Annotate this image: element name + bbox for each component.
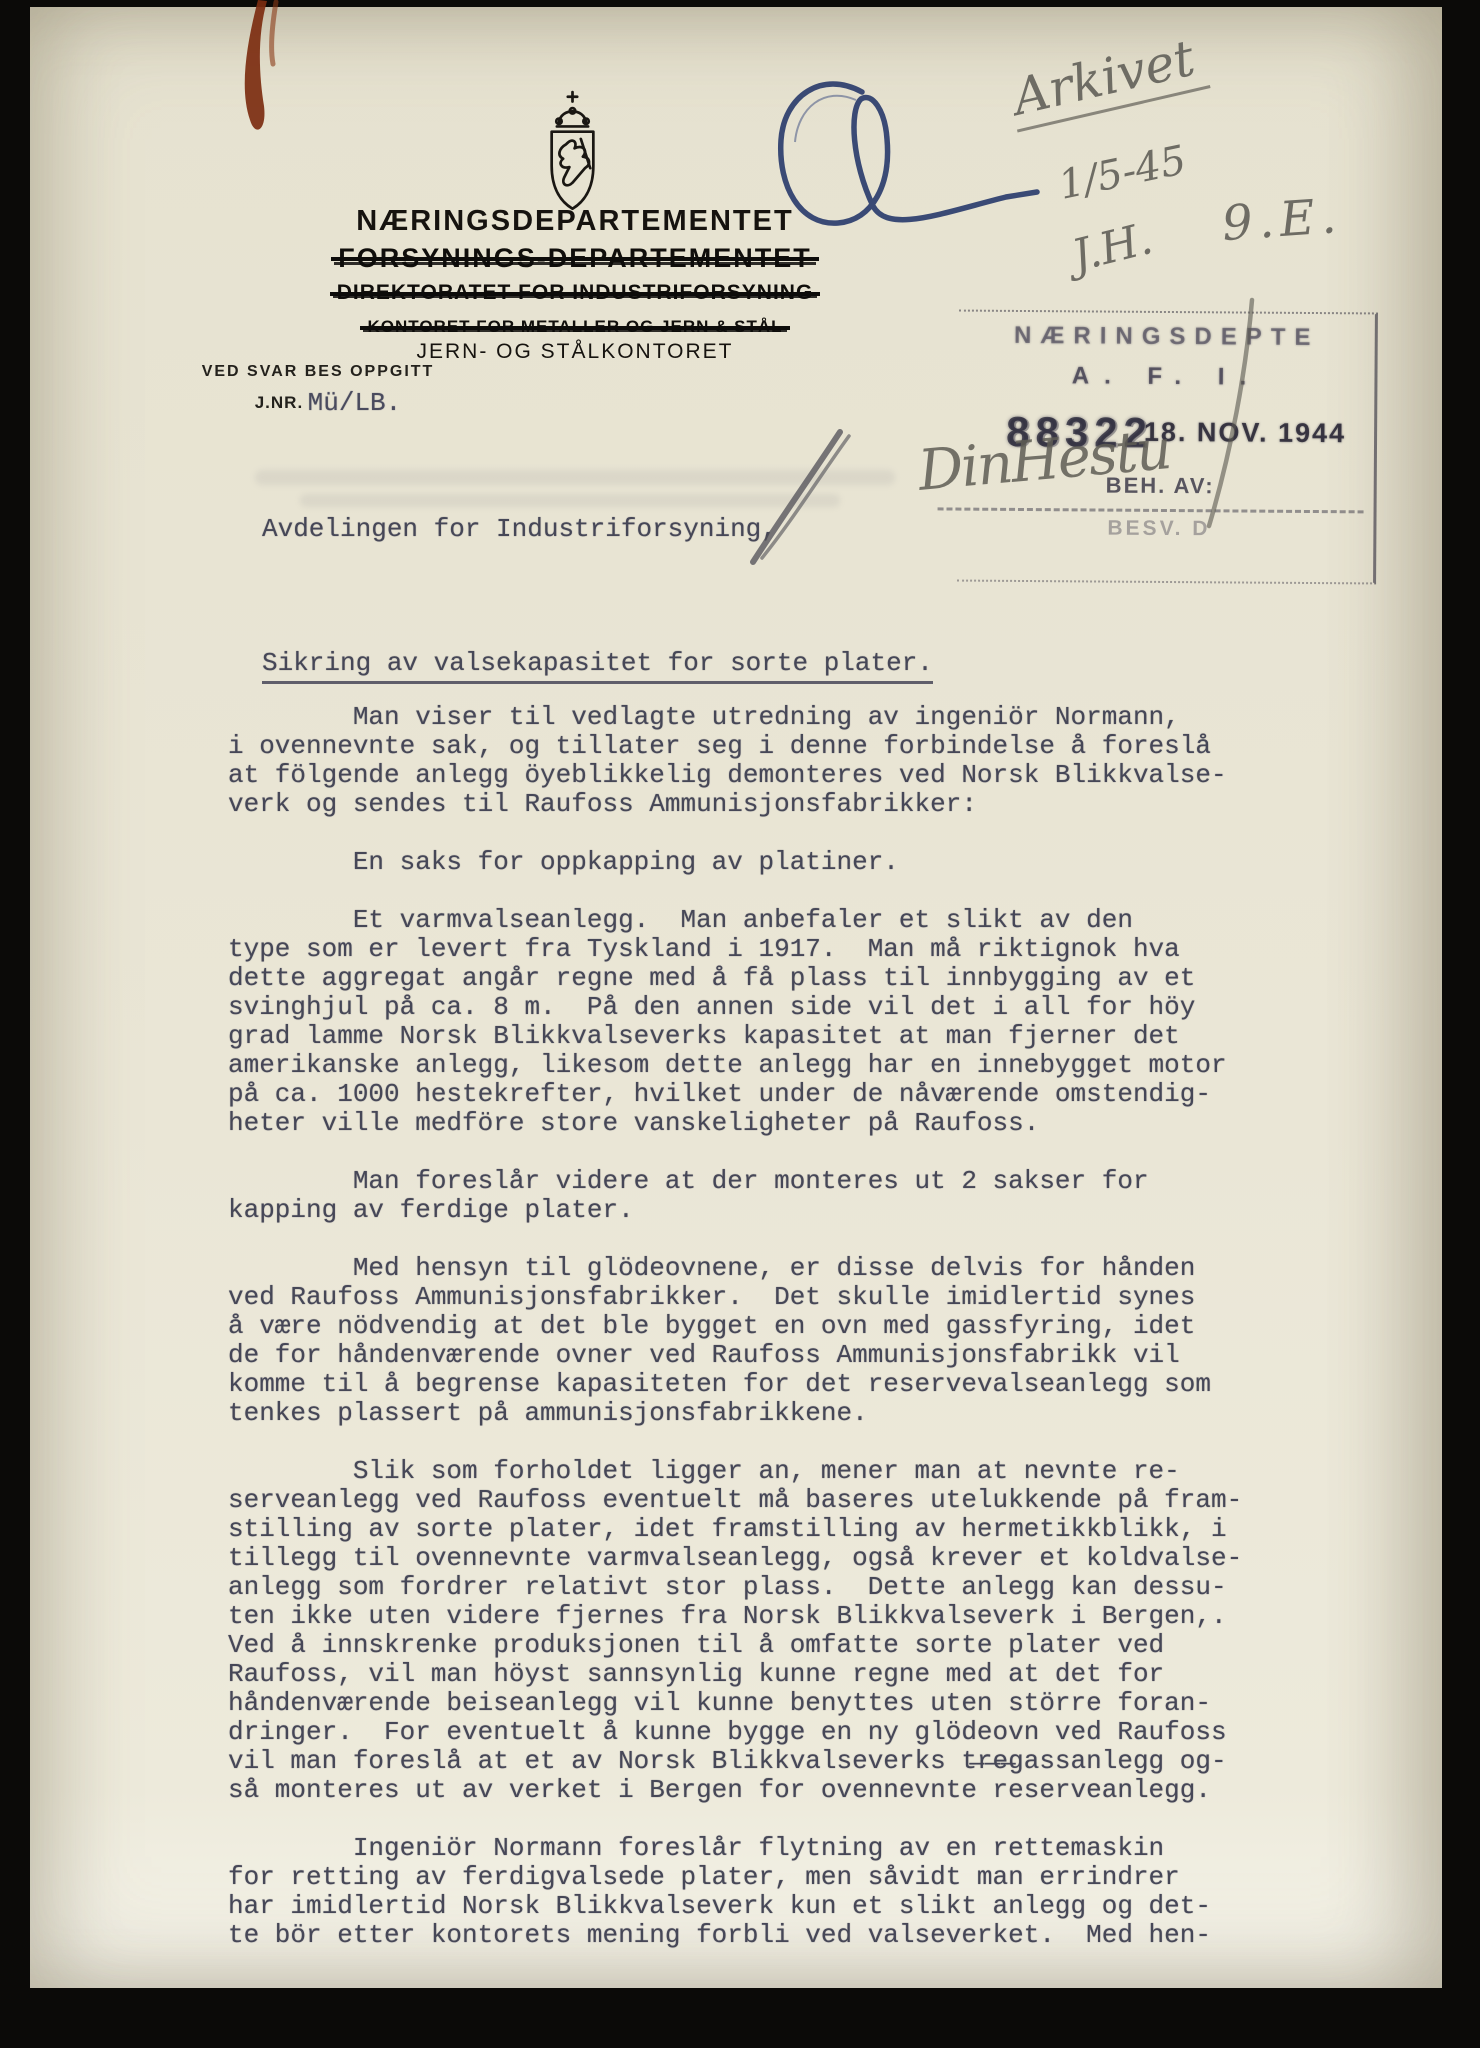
blue-pen-loop [781,84,1037,223]
pen-and-pencil-marks [0,0,1480,2048]
pencil-stroke [1209,300,1252,526]
red-ink-mark [245,0,267,130]
scanned-letter-page: NÆRINGSDEPARTEMENTET FORSYNINGS-DEPARTEM… [0,0,1480,2048]
pencil-stroke [753,432,840,562]
